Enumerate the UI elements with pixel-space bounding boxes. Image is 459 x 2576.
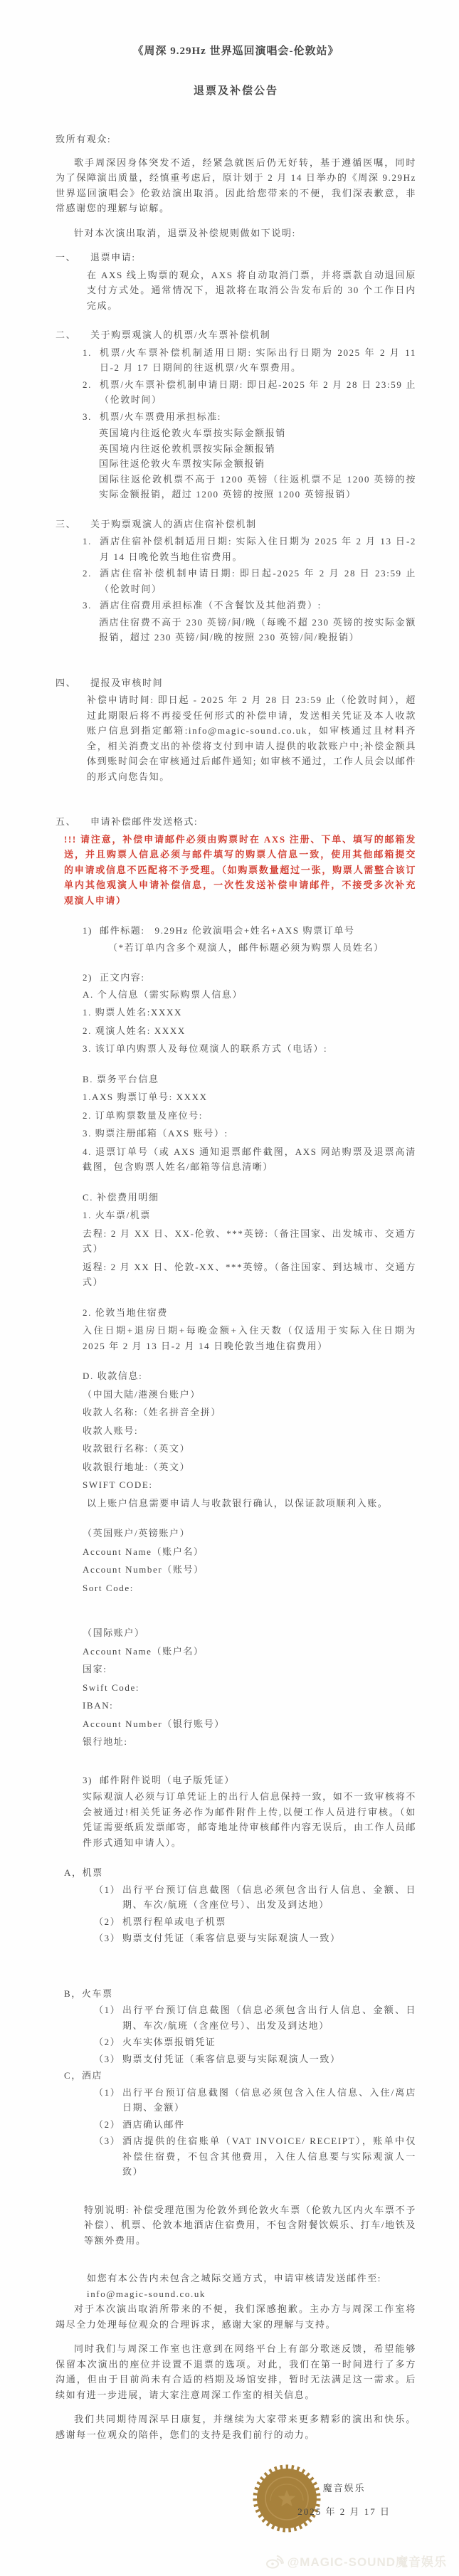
item-number: 1) [83, 923, 100, 939]
template-line: 入住日期+退房日期+每晚金额+入住天数（仅适用于实际入住日期为 2025 年 2… [83, 1323, 416, 1353]
template-line: 2. 订单购票数量及座位号: [83, 1108, 416, 1124]
signature-company: 魔音娱乐 [297, 2481, 391, 2496]
attachment-group-label: B，火车票 [64, 1986, 416, 2002]
item-text: 机票/火车票费用承担标准: [100, 409, 416, 425]
contact-email: info@magic-sound.co.uk [87, 2286, 416, 2302]
list-item: 2. 酒店住宿补偿机制申请日期: 即日起-2025 年 2 月 28 日 23:… [83, 566, 416, 596]
intro-paragraph-1: 歌手周深因身体突发不适，经紧急就医后仍无好转，基于遵循医嘱，同时为了保障演出质量… [56, 155, 416, 216]
list-item: 2. 机票/火车票补偿机制申请日期: 即日起-2025 年 2 月 28 日 2… [83, 377, 416, 408]
item-text: 酒店确认邮件 [122, 2117, 416, 2133]
account-group-title: （英国账户/英镑账户） [83, 1526, 416, 1541]
section-number: 二、 [56, 327, 90, 343]
section-transport-compensation: 二、 关于购票观演人的机票/火车票补偿机制 1. 机票/火车票补偿机制适用日期:… [56, 327, 416, 502]
account-field: 收款人账号: [83, 1423, 416, 1439]
section-title: 关于购票观演人的机票/火车票补偿机制 [90, 327, 416, 343]
account-field: 收款银行名称:（英文） [83, 1441, 416, 1457]
item-text: 邮件附件说明（电子版凭证） [100, 1773, 416, 1788]
email-title-label: 邮件标题: [100, 925, 145, 936]
attachment-item: （2） 酒店确认邮件 [94, 2117, 416, 2133]
template-line: 1. 火车票/机票 [83, 1208, 416, 1223]
template-line: 返程: 2 月 XX 日、伦敦-XX、***英镑。（备注国家、到达城市、交通方式… [83, 1260, 416, 1290]
item-number: 1. [83, 534, 100, 564]
section-email-format: 五、 申请补偿邮件发送格式: !!! 请注意，补偿申请邮件必须由购票时在 AXS… [56, 814, 416, 2301]
other-transport-note: 如您有本公告内未包含之城际交通方式，申请审核请发送邮件至: [87, 2271, 416, 2286]
attachment-group-label: A，机票 [64, 1865, 416, 1881]
item-number: 3. [83, 598, 100, 613]
item-number: （1） [94, 2085, 122, 2116]
template-line: 1.AXS 购票订单号: XXXX [83, 1089, 416, 1105]
account-group-title: （国际账户） [83, 1625, 416, 1641]
item-number: （3） [94, 1931, 122, 1946]
item-number: （1） [94, 1882, 122, 1913]
section-title: 退票申请: [90, 250, 416, 265]
standard-line: 国际往返伦敦火车票按实际金额报销 [99, 456, 416, 472]
closing-paragraph-3: 我们共同期待周深早日康复，并继续为大家带来更多精彩的演出和快乐。感谢每一位观众的… [56, 2412, 416, 2442]
item-number: （3） [94, 2052, 122, 2067]
standard-line: 酒店住宿费不高于 230 英镑/间/晚（每晚不超 230 英镑的按实际金额报销，… [99, 615, 416, 645]
item-text: 出行平台预订信息截图（信息必须包含出行人信息、金额、日期、车次/航班（含座位号）… [122, 1882, 416, 1913]
email-title-value: 9.29Hz 伦敦演唱会+姓名+AXS 购票订单号 [154, 925, 354, 936]
section-number: 一、 [56, 250, 90, 265]
standard-line: 英国境内往返伦敦火车票按实际金额报销 [99, 426, 416, 441]
section-body: 在 AXS 线上购票的观众，AXS 将自动取消门票，并将票款自动退回原支付方式处… [87, 268, 416, 314]
list-item: 1. 酒店住宿补偿机制适用日期: 实际入住日期为 2025 年 2 月 13 日… [83, 534, 416, 564]
attachment-item: （2） 机票行程单或电子机票 [94, 1914, 416, 1930]
body-content-label: 2) 正文内容: [83, 970, 416, 986]
item-number: 3. [83, 409, 100, 425]
item-number: （1） [94, 2002, 122, 2033]
section-number: 四、 [56, 675, 90, 691]
attachment-item: （3） 购票支付凭证（乘客信息要与实际观演人一致） [94, 1931, 416, 1946]
section-review-time: 四、 提报及审核时间 补偿申请时间: 即日起 - 2025 年 2 月 28 日… [56, 675, 416, 785]
section-title: 申请补偿邮件发送格式: [90, 814, 416, 830]
red-notice: !!! 请注意，补偿申请邮件必须由购票时在 AXS 注册、下单、填写的邮箱发送，… [64, 832, 416, 909]
account-field: 国家: [83, 1662, 416, 1677]
section-title: 关于购票观演人的酒店住宿补偿机制 [90, 517, 416, 532]
intro-paragraph-2: 针对本次演出取消，退票及补偿规则做如下说明: [56, 226, 416, 241]
standard-line: 英国境内往返伦敦机票按实际金额报销 [99, 441, 416, 457]
account-group-title: （中国大陆/港澳台账户） [83, 1387, 416, 1403]
section-number: 五、 [56, 814, 90, 830]
item-text: 机票/火车票补偿机制申请日期: 即日起-2025 年 2 月 28 日 23:5… [100, 377, 416, 408]
block-a-heading: A. 个人信息（需实际购票人信息） [83, 987, 416, 1003]
item-number: （2） [94, 1914, 122, 1930]
account-field: 收款银行地址:（英文） [83, 1459, 416, 1475]
item-text: 酒店住宿补偿机制适用日期: 实际入住日期为 2025 年 2 月 13 日-2 … [100, 534, 416, 564]
standard-line: 国际往返伦敦机票不高于 1200 英镑（往返机票不足 1200 英镑的按实际金额… [99, 472, 416, 502]
template-line: 3. 购票注册邮箱（AXS 账号）: [83, 1126, 416, 1141]
attachments-intro: 实际观演人必须与订单凭证上的出行人信息保持一致，如不一致审核将不会被通过!相关凭… [83, 1789, 416, 1850]
section-hotel-compensation: 三、 关于购票观演人的酒店住宿补偿机制 1. 酒店住宿补偿机制适用日期: 实际入… [56, 517, 416, 645]
item-text: 酒店住宿费用承担标准（不含餐饮及其他消费）: [100, 598, 416, 613]
item-number: 2) [83, 970, 100, 986]
item-text: 火车实体票报销凭证 [122, 2034, 416, 2050]
account-field: Sort Code: [83, 1580, 416, 1596]
attachment-item: （1） 出行平台预订信息截图（信息必须包含出行人信息、金额、日期、车次/航班（含… [94, 1882, 416, 1913]
account-confirm-note: 以上账户信息需要申请人与收款银行确认，以保证款项顺利入账。 [87, 1496, 416, 1511]
block-b-heading: B. 票务平台信息 [83, 1072, 416, 1087]
attachment-item: （2） 火车实体票报销凭证 [94, 2034, 416, 2050]
account-field: Account Name（账户名） [83, 1644, 416, 1659]
template-line: 2. 观演人姓名: XXXX [83, 1023, 416, 1039]
page-subtitle: 退票及补偿公告 [56, 84, 416, 100]
watermark-text: @MAGIC-SOUND魔音娱乐 [287, 2555, 447, 2570]
item-number: 2. [83, 377, 100, 408]
block-d-heading: D. 收款信息: [83, 1368, 416, 1384]
template-line: 2. 伦敦当地住宿费 [83, 1305, 416, 1321]
page-title: 《周深 9.29Hz 世界巡回演唱会-伦敦站》 [56, 44, 416, 60]
item-text: 购票支付凭证（乘客信息要与实际观演人一致） [122, 2052, 416, 2067]
account-field: Account Name（账户名） [83, 1544, 416, 1560]
block-c-heading: C. 补偿费用明细 [83, 1190, 416, 1205]
list-item: 3. 酒店住宿费用承担标准（不含餐饮及其他消费）: [83, 598, 416, 613]
item-text: 酒店提供的住宿账单（VAT INVOICE/ RECEIPT），账单中仅补偿住宿… [122, 2133, 416, 2180]
closing-paragraph-2: 同时我们与周深工作室也注意到在网络平台上有部分歌迷反馈，希望能够保留本次演出的座… [56, 2341, 416, 2402]
item-number: （3） [94, 2133, 122, 2180]
item-text: 购票支付凭证（乘客信息要与实际观演人一致） [122, 1931, 416, 1946]
section-body: 补偿申请时间: 即日起 - 2025 年 2 月 28 日 23:59 止（伦敦… [87, 692, 416, 784]
item-number: （2） [94, 2117, 122, 2133]
item-text: 机票/火车票补偿机制适用日期: 实际出行日期为 2025 年 2 月 11 日-… [100, 345, 416, 376]
weibo-watermark: @MAGIC-SOUND魔音娱乐 [265, 2555, 447, 2570]
account-field: Account Number（账号） [83, 1562, 416, 1578]
account-field: IBAN: [83, 1698, 416, 1714]
template-line: 去程: 2 月 XX 日、XX-伦敦、***英镑:（备注国家、出发城市、交通方式… [83, 1226, 416, 1257]
attachment-item: （3） 酒店提供的住宿账单（VAT INVOICE/ RECEIPT），账单中仅… [94, 2133, 416, 2180]
signature-date: 2025 年 2 月 17 日 [297, 2504, 391, 2520]
salutation: 致所有观众: [56, 132, 416, 147]
account-field: Account Number（银行账号） [83, 1716, 416, 1732]
section-title: 提报及审核时间 [90, 675, 416, 691]
template-line: 1. 购票人姓名:XXXX [83, 1005, 416, 1020]
item-text: 正文内容: [100, 970, 416, 986]
attachment-group-label: C，酒店 [64, 2068, 416, 2084]
template-line: 4. 退票订单号（或 AXS 通知退票邮件截图，AXS 网站购票及退票高清截图，… [83, 1144, 416, 1175]
item-text: 酒店住宿补偿机制申请日期: 即日起-2025 年 2 月 28 日 23:59 … [100, 566, 416, 596]
item-number: 3) [83, 1773, 100, 1788]
closing-paragraph-1: 对于本次演出取消所带来的不便，我们深感抱歉。主办方与周深工作室将竭尽全力处理每位… [56, 2301, 416, 2332]
attachments-heading: 3) 邮件附件说明（电子版凭证） [83, 1773, 416, 1788]
attachment-item: （3） 购票支付凭证（乘客信息要与实际观演人一致） [94, 2052, 416, 2067]
special-note: 特别说明: 补偿受理范围为伦敦外到伦敦火车票（伦敦九区内火车票不予补偿）、机票、… [84, 2202, 416, 2249]
account-field: 银行地址: [83, 1734, 416, 1750]
announcement-document: 《周深 9.29Hz 世界巡回演唱会-伦敦站》 退票及补偿公告 致所有观众: 歌… [0, 0, 459, 2576]
email-title-line: 1) 邮件标题: 9.29Hz 伦敦演唱会+姓名+AXS 购票订单号 [83, 923, 416, 939]
email-title-note: （*若订单内含多个观演人，邮件标题必须为购票人员姓名） [108, 940, 416, 956]
account-field: SWIFT CODE: [83, 1477, 416, 1493]
item-number: （2） [94, 2034, 122, 2050]
account-field: Swift Code: [83, 1680, 416, 1696]
list-item: 3. 机票/火车票费用承担标准: [83, 409, 416, 425]
template-line: 3. 该订单内购票人及每位观演人的联系方式（电话）: [83, 1041, 416, 1057]
attachment-item: （1） 出行平台预订信息截图（信息必须包含入住人信息、入住/离店日期、金额） [94, 2085, 416, 2116]
attachment-item: （1） 出行平台预订信息截图（信息必须包含出行人信息、金额、日期、车次/航班（含… [94, 2002, 416, 2033]
account-field: 收款人名称:（姓名拼音全拼） [83, 1405, 416, 1420]
item-text: 出行平台预订信息截图（信息必须包含出行人信息、金额、日期、车次/航班（含座位号）… [122, 2002, 416, 2033]
weibo-icon [265, 2555, 284, 2569]
item-text: 机票行程单或电子机票 [122, 1914, 416, 1930]
item-number: 1. [83, 345, 100, 376]
item-number: 2. [83, 566, 100, 596]
section-number: 三、 [56, 517, 90, 532]
section-refund: 一、 退票申请: 在 AXS 线上购票的观众，AXS 将自动取消门票，并将票款自… [56, 250, 416, 313]
list-item: 1. 机票/火车票补偿机制适用日期: 实际出行日期为 2025 年 2 月 11… [83, 345, 416, 376]
item-text: 出行平台预订信息截图（信息必须包含入住人信息、入住/离店日期、金额） [122, 2085, 416, 2116]
